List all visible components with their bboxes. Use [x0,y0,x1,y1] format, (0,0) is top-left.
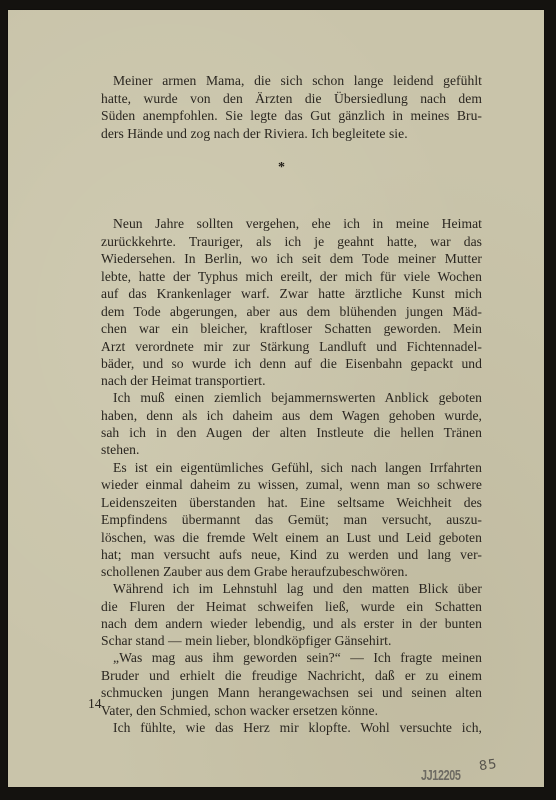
text-line: Arzt verordnete mir zur Stärkung Landluf… [101,338,482,356]
text-line: lebte, hatte der Typhus mich ereilt, der… [101,268,482,286]
text-line: zurückkehrte. Trauriger, als ich je geah… [101,233,482,251]
text-line: nach dem andern wieder lebendig, und als… [101,615,482,633]
text-line: „Was mag aus ihm geworden sein?“ — Ich f… [113,649,482,667]
text-line: Wiedersehen. In Berlin, wo ich seit dem … [101,250,482,268]
archive-stamp: JJ12205 [421,767,461,784]
text-line: Leidenszeiten überstanden hat. Eine selt… [101,494,482,512]
text-line: Vater, den Schmied, schon wacker ersetze… [101,702,482,720]
text-line: schmucken jungen Mann herangewachsen sei… [101,684,482,702]
text-line: schollenen Zauber aus dem Grabe heraufzu… [101,563,482,581]
text-line: haben, denn als ich daheim aus dem Wagen… [101,407,482,425]
text-line: Empfindens übermannt das Gemüt; man vers… [101,511,482,529]
text-line: dem Tode abgerungen, aber aus dem blühen… [101,303,482,321]
text-line: Ich muß einen ziemlich bejammernswerten … [113,389,482,407]
section-break-asterisk: * [278,160,285,176]
handwritten-note: 85 [478,757,498,774]
text-line: löschen, was die fremde Welt einem an Lu… [101,529,482,547]
text-line: Es ist ein eigentümliches Gefühl, sich n… [113,459,482,477]
text-line: Bruder und erhielt die freudige Nachrich… [101,667,482,685]
text-line: nach der Heimat transportiert. [101,372,482,390]
text-line: Neun Jahre sollten vergehen, ehe ich in … [113,215,482,233]
text-line: hat; man versucht aufs neue, Kind zu wer… [101,546,482,564]
text-line: Ich fühlte, wie das Herz mir klopfte. Wo… [113,719,482,737]
text-line: ders Hände und zog nach der Riviera. Ich… [101,125,482,143]
text-line: wieder einmal daheim zu wissen, zumal, w… [101,476,482,494]
text-line: die Fluren der Heimat schweifen ließ, wu… [101,598,482,616]
book-page: Meiner armen Mama, die sich schon lange … [8,10,544,787]
text-line: sah ich in den Augen der alten Instleute… [101,424,482,442]
text-line: Süden anempfohlen. Sie legte das Gut gän… [101,107,482,125]
text-line: chen war ein bleicher, kraftloser Schatt… [101,320,482,338]
text-line: bäder, und so wurde ich denn auf die Eis… [101,355,482,373]
text-line: Meiner armen Mama, die sich schon lange … [113,72,482,90]
page-number: 14 [88,696,102,712]
text-line: hatte, wurde von den Ärzten die Übersied… [101,90,482,108]
text-line: Während ich im Lehnstuhl lag und den mat… [113,580,482,598]
text-line: Schar stand — mein lieber, blondköpfiger… [101,632,482,650]
text-line: stehen. [101,441,482,459]
text-line: auf das Krankenlager warf. Zwar hatte är… [101,285,482,303]
